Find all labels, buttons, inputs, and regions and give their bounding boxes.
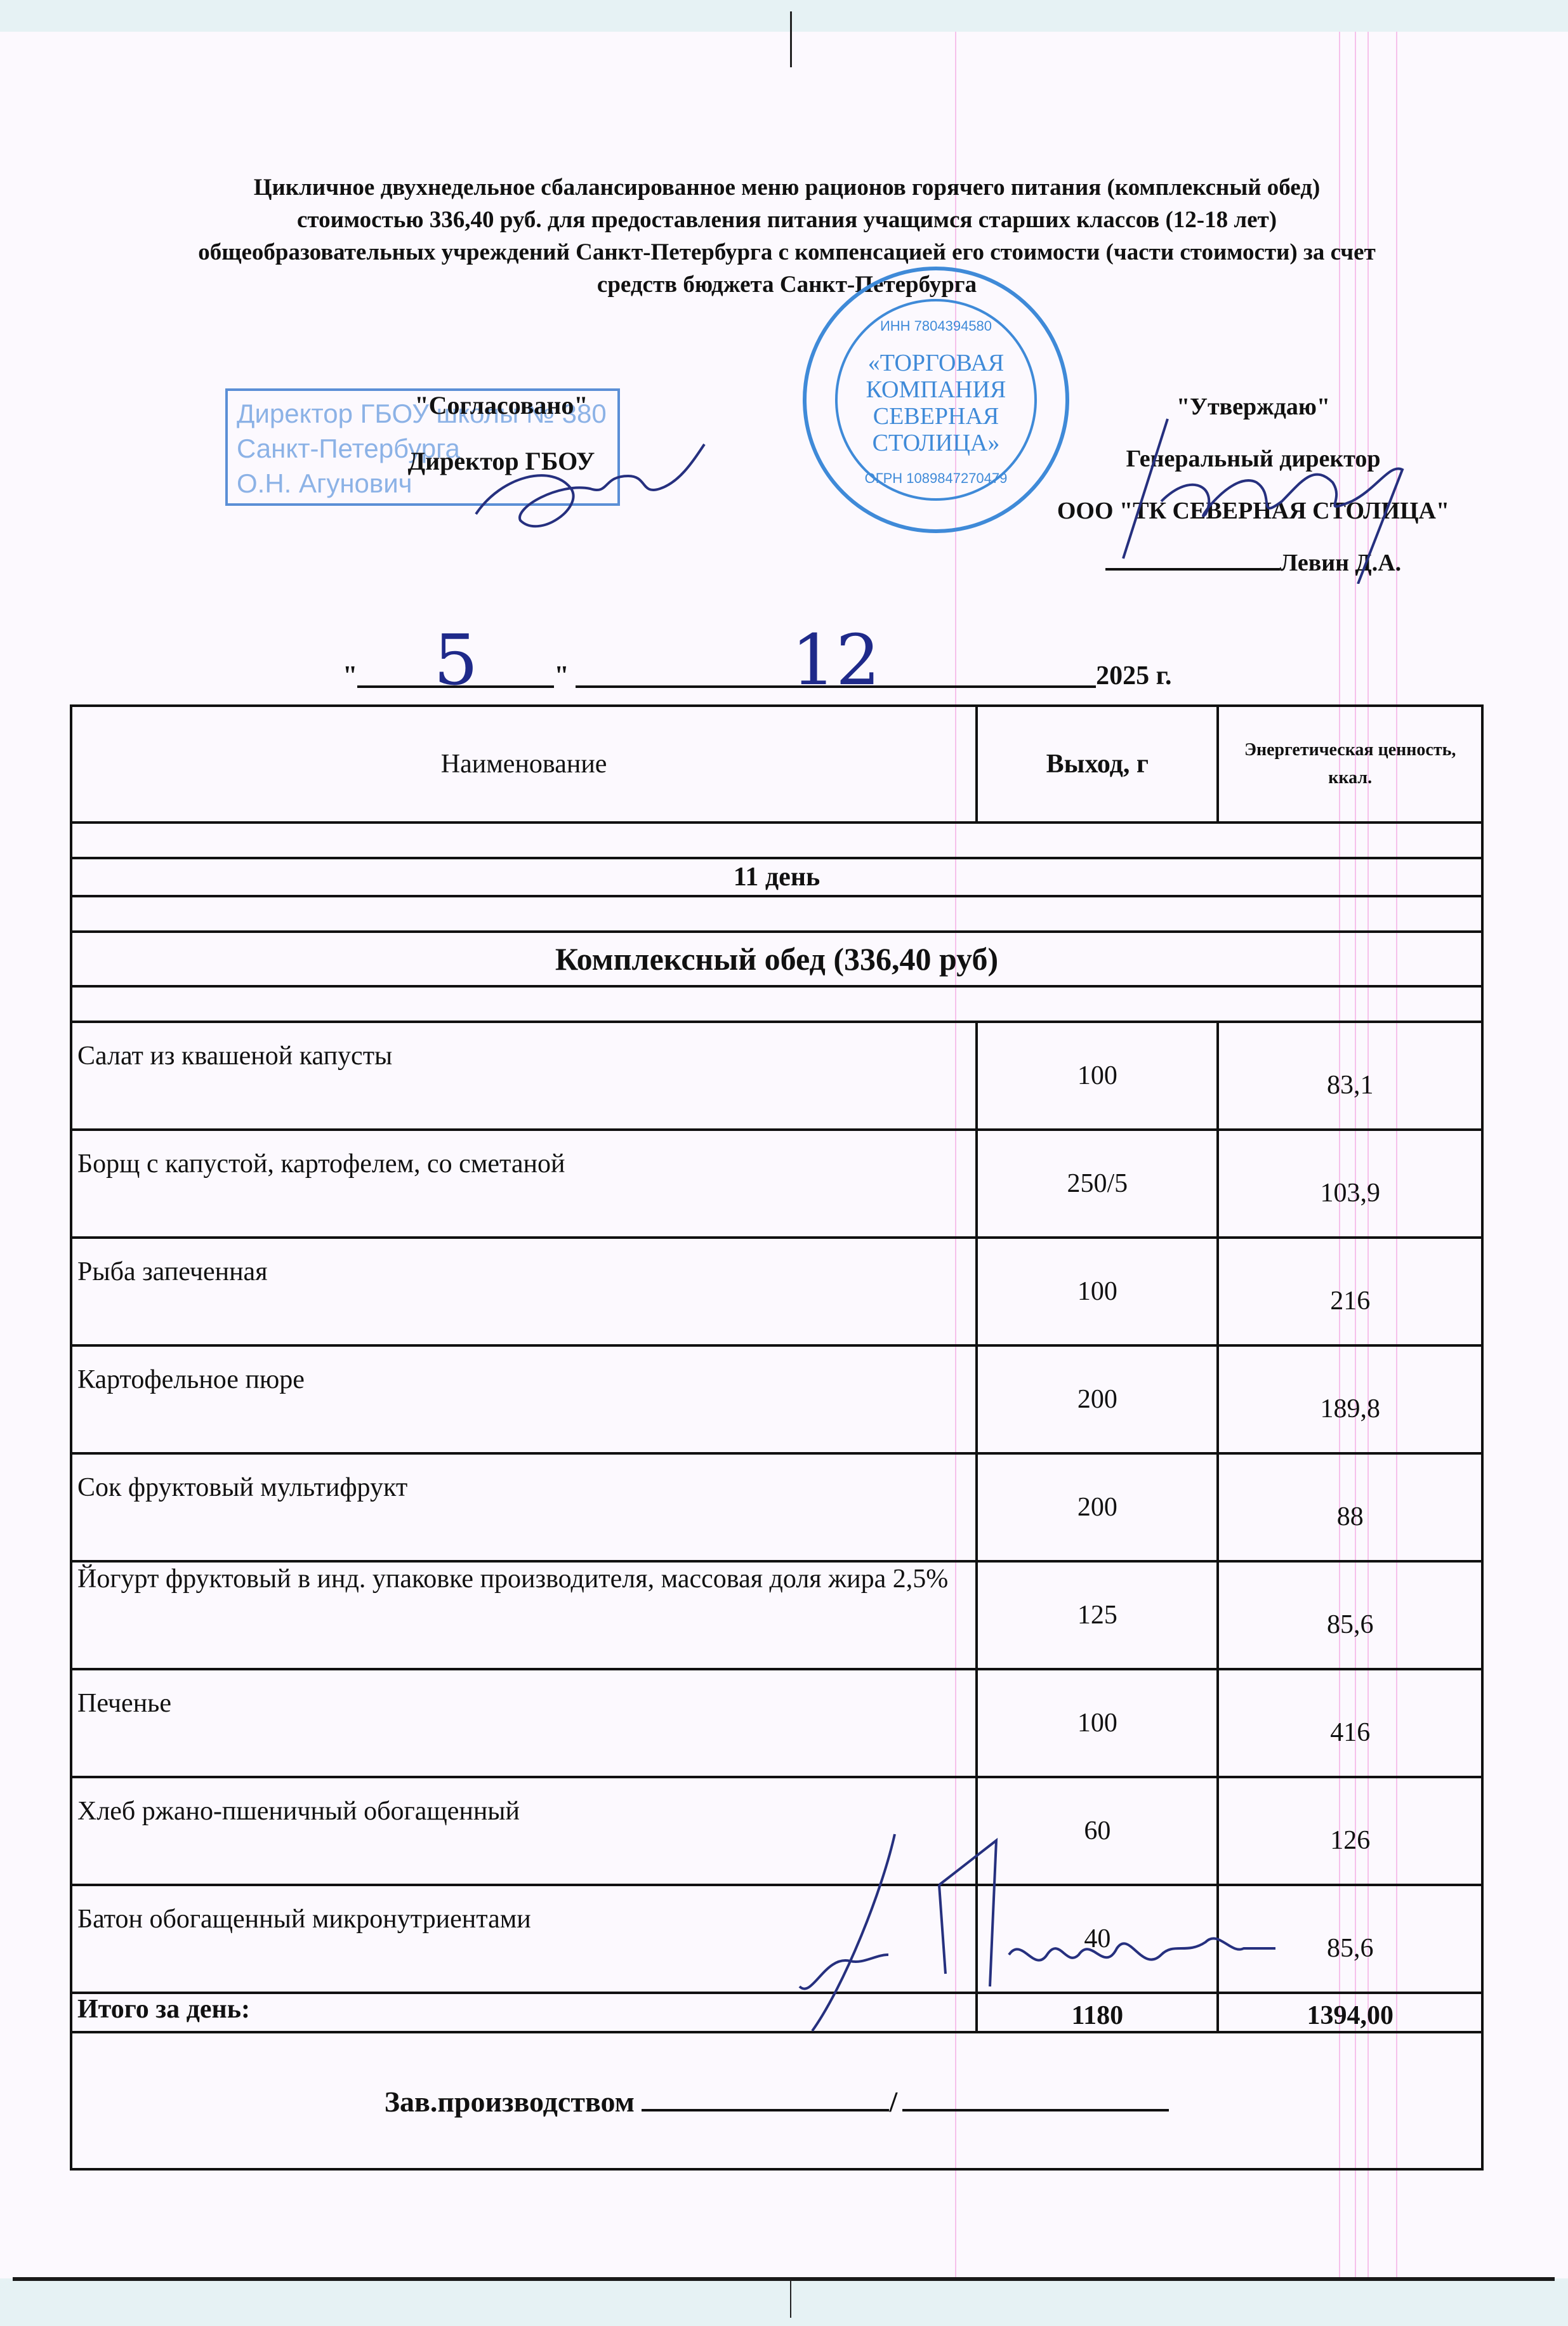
meal-row: Комплексный обед (336,40 руб) (71, 932, 1482, 986)
item-name: Борщ с капустой, картофелем, со сметаной (71, 1130, 977, 1238)
item-yield: 100 (977, 1022, 1218, 1130)
table-header-row: Наименование Выход, г Энергетическая цен… (71, 706, 1482, 823)
item-name: Сок фруктовый мультифрукт (71, 1453, 977, 1561)
date-day: 5 (357, 635, 554, 688)
item-energy: 85,6 (1218, 1561, 1482, 1669)
scan-fold-line (790, 11, 792, 67)
item-energy: 216 (1218, 1238, 1482, 1345)
scan-fold-line (790, 2280, 791, 2318)
header-yield: Выход, г (977, 706, 1218, 823)
title-line: общеобразовательных учреждений Санкт-Пет… (82, 236, 1491, 268)
header-name: Наименование (71, 706, 977, 823)
title-line: средств бюджета Санкт-Петербурга (82, 268, 1491, 301)
item-energy: 83,1 (1218, 1022, 1482, 1130)
production-manager-label: Зав.производством (385, 2085, 635, 2118)
title-line: Цикличное двухнедельное сбалансированное… (82, 171, 1491, 204)
day-row: 11 день (71, 858, 1482, 896)
item-yield: 100 (977, 1669, 1218, 1777)
item-energy: 88 (1218, 1453, 1482, 1561)
date-quote: " (343, 661, 357, 691)
table-row: Йогурт фруктовый в инд. упаковке произво… (71, 1561, 1482, 1669)
seal-inn: ИНН 7804394580 (807, 318, 1065, 334)
table-row: Рыба запеченная 100 216 (71, 1238, 1482, 1345)
document-date: "5" 122025 г. (343, 635, 1172, 691)
item-yield: 200 (977, 1345, 1218, 1453)
signature-separator: / (889, 2085, 897, 2118)
item-energy: 103,9 (1218, 1130, 1482, 1238)
item-yield: 200 (977, 1453, 1218, 1561)
item-yield: 250/5 (977, 1130, 1218, 1238)
spacer-row (71, 823, 1482, 858)
item-name: Картофельное пюре (71, 1345, 977, 1453)
item-name: Рыба запеченная (71, 1238, 977, 1345)
item-name: Салат из квашеной капусты (71, 1022, 977, 1130)
table-row: Сок фруктовый мультифрукт 200 88 (71, 1453, 1482, 1561)
signature-line (642, 2084, 889, 2111)
meal-label: Комплексный обед (336,40 руб) (71, 932, 1482, 986)
table-row: Борщ с капустой, картофелем, со сметаной… (71, 1130, 1482, 1238)
date-month: 12 (576, 635, 1096, 688)
date-year: 2025 г. (1096, 661, 1171, 691)
signature-school-director-icon (463, 438, 717, 546)
spacer-row (71, 896, 1482, 932)
item-name: Йогурт фруктовый в инд. упаковке произво… (71, 1561, 977, 1669)
scan-edge (13, 2277, 1555, 2281)
table-row: Печенье 100 416 (71, 1669, 1482, 1777)
document-title: Цикличное двухнедельное сбалансированное… (82, 171, 1491, 301)
signature-general-director-icon (1104, 393, 1447, 584)
day-label: 11 день (71, 858, 1482, 896)
item-yield: 100 (977, 1238, 1218, 1345)
signature-production-manager-icon (730, 1828, 1301, 2044)
spacer-row (71, 986, 1482, 1022)
item-energy: 416 (1218, 1669, 1482, 1777)
table-row: Картофельное пюре 200 189,8 (71, 1345, 1482, 1453)
table-row: Салат из квашеной капусты 100 83,1 (71, 1022, 1482, 1130)
seal-name-line: «ТОРГОВАЯ (807, 350, 1065, 376)
title-line: стоимостью 336,40 руб. для предоставлени… (82, 204, 1491, 236)
agreed-label: "Согласовано" (336, 378, 666, 433)
item-name: Печенье (71, 1669, 977, 1777)
item-energy: 189,8 (1218, 1345, 1482, 1453)
date-quote: " (554, 661, 569, 691)
header-energy: Энергетическая ценность, ккал. (1218, 706, 1482, 823)
signature-row: Зав.производством / (71, 2032, 1482, 2169)
name-line (902, 2084, 1169, 2111)
item-yield: 125 (977, 1561, 1218, 1669)
